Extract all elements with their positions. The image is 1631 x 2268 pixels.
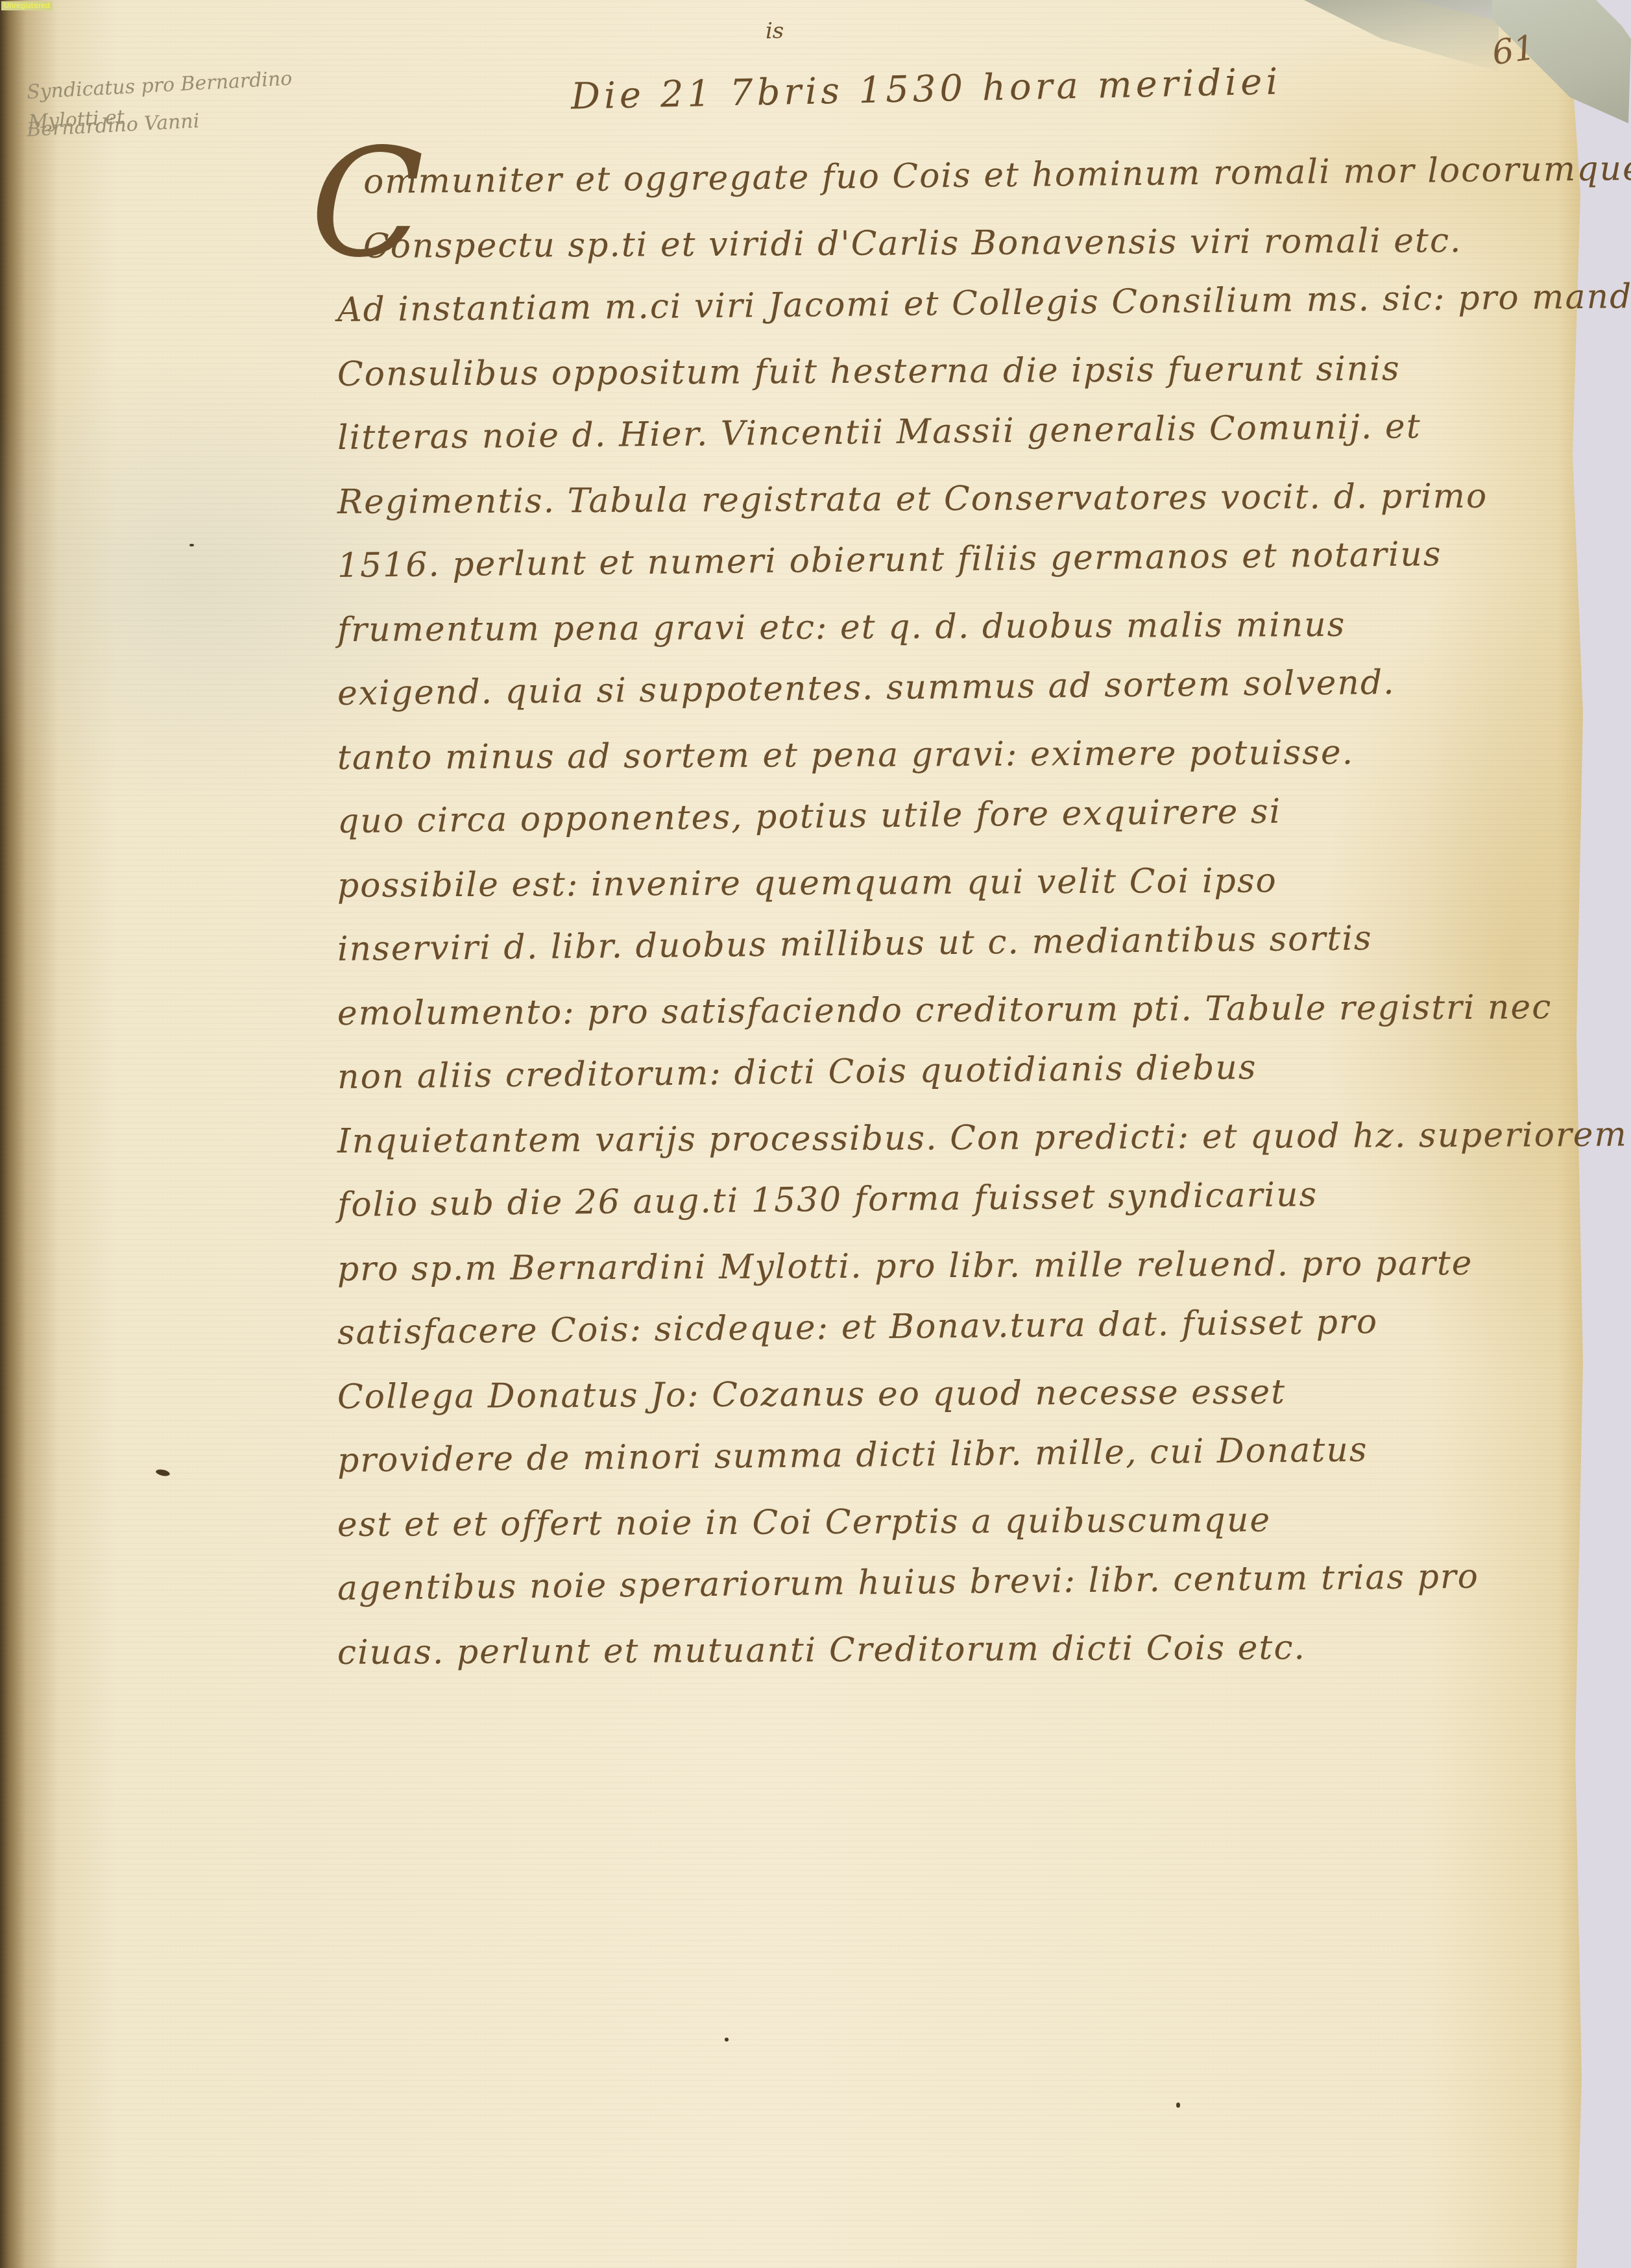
text-line: folio sub die 26 aug.ti 1530 forma fuiss…: [337, 1160, 1583, 1238]
text-line: quo circa opponentes, potius utile fore …: [337, 777, 1583, 854]
text-line: inserviri d. libr. duobus millibus ut c.…: [337, 905, 1583, 982]
text-line: Ad instantiam m.ci viri Jacomi et Colleg…: [337, 265, 1583, 343]
unregistered-watermark: Unregistered: [1, 1, 53, 10]
text-line: ciuas. perlunt et mutuanti Creditorum di…: [337, 1614, 1583, 1685]
text-line: non aliis creditorum: dicti Cois quotidi…: [337, 1032, 1583, 1110]
text-line: 1516. perlunt et numeri obierunt filiis …: [337, 521, 1583, 598]
text-line: providere de minori summa dicti libr. mi…: [337, 1416, 1583, 1493]
text-line: ommuniter et oggregate fuo Cois et homin…: [337, 138, 1583, 215]
ink-speck: [1176, 2103, 1180, 2108]
ink-speck: [725, 2038, 729, 2042]
ink-speck: [189, 544, 194, 546]
text-line: litteras noie d. Hier. Vincentii Massii …: [337, 393, 1583, 470]
text-line: satisfacere Cois: sicdeque: et Bonav.tur…: [337, 1288, 1583, 1365]
folio-number: 61: [1490, 29, 1538, 73]
quire-mark: is: [766, 18, 784, 44]
text-line: exigend. quia si suppotentes. summus ad …: [337, 649, 1583, 726]
text-line: agentibus noie sperariorum huius brevi: …: [337, 1544, 1583, 1621]
manuscript-body: ommuniter et oggregate fuo Cois et homin…: [337, 151, 1583, 1685]
